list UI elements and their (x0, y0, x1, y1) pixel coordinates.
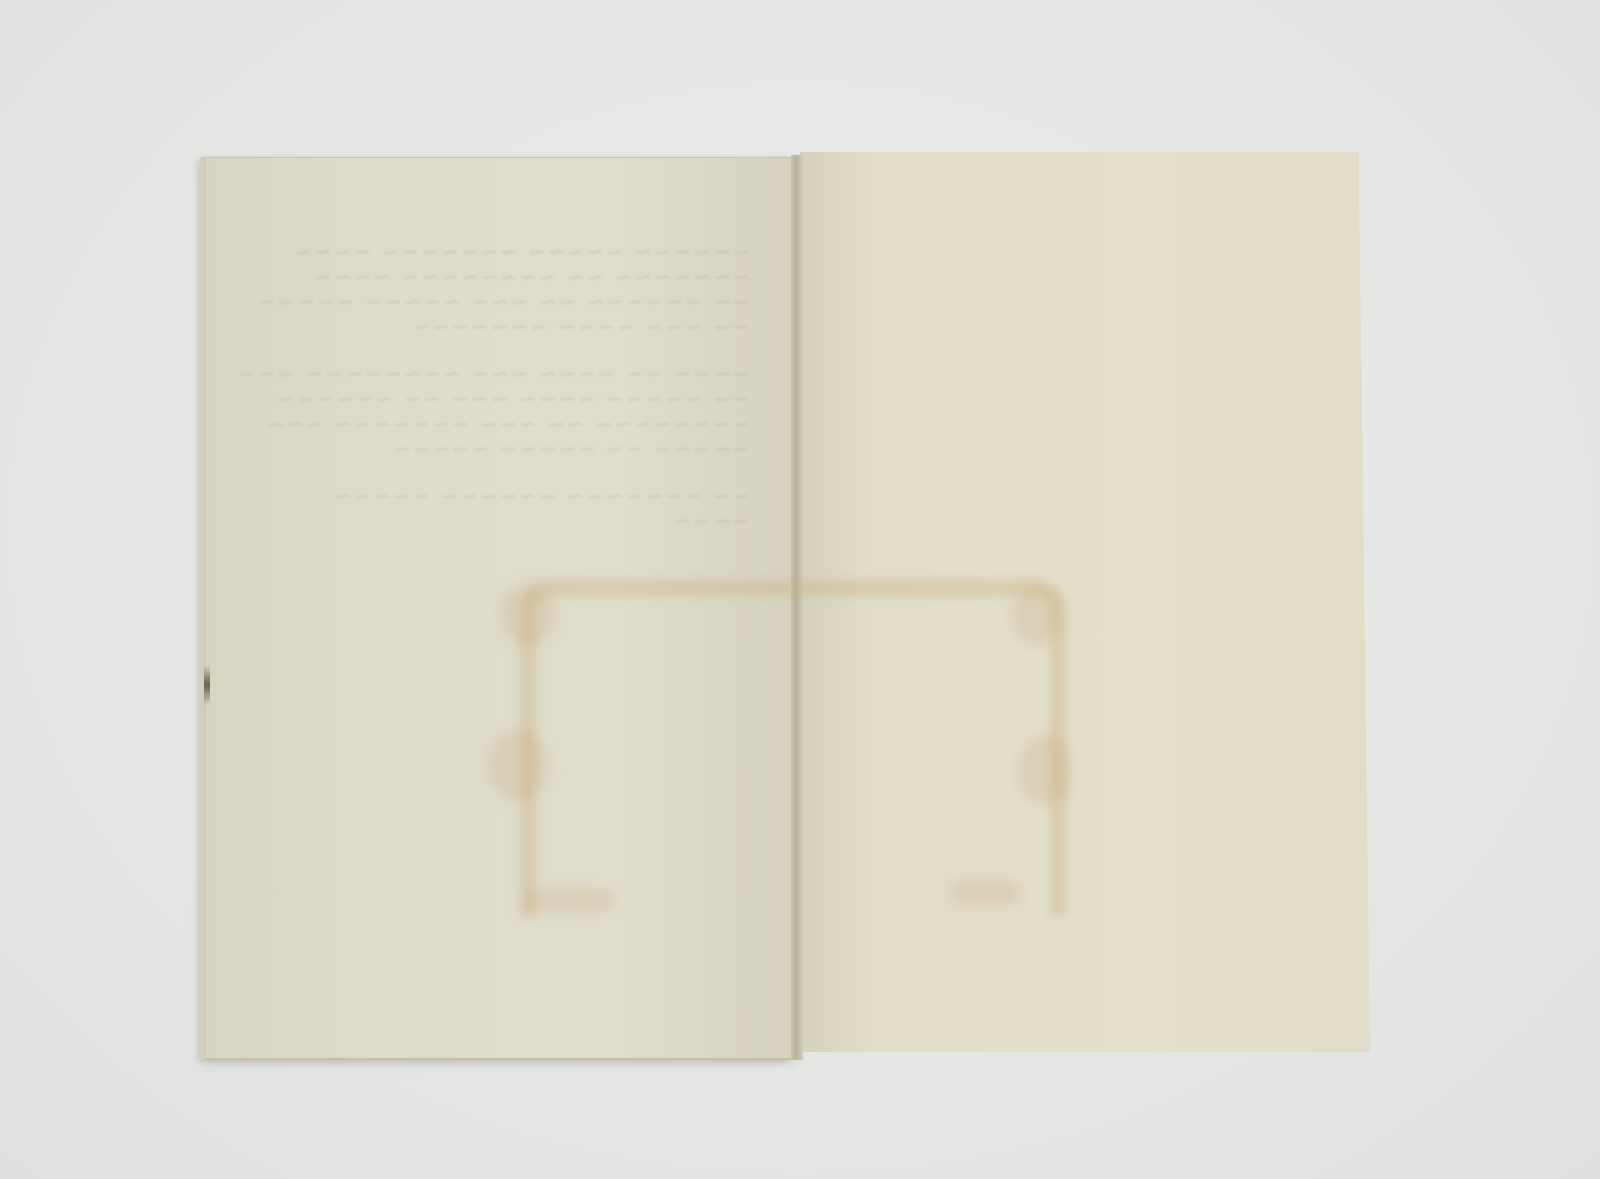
showthrough-line: ~~~~~ ~~ ~~~~~ ~~~~~ (250, 437, 750, 462)
showthrough-line: ~~~~~~~~ ~~ ~~~ ~~~~~~~ ~~~ (250, 412, 750, 437)
showthrough-line: ~~~~~~~ ~~ ~~~~~~~~ ~~~~ (250, 265, 750, 290)
stain-blob (1012, 585, 1062, 645)
left-edge-mark (204, 665, 210, 705)
showthrough-line: ~~ ~~~~~~~ ~~~~~~ ~~~~~ (250, 484, 750, 509)
showthrough-line: ~~ ~~~~~ ~~~~ ~~~ ~~ ~~~~~~ (250, 387, 750, 412)
showthrough-line: ~~~~~~ ~~~~~ ~~~~~~~ ~~~~ (250, 240, 750, 265)
showthrough-line: ~~ ~~~ ~~~~ ~~~~~~~ (250, 315, 750, 340)
showthrough-line: ~~~~ ~~ ~~~~ ~~~ ~~~~~~~~ ~~~ (250, 362, 750, 387)
showthrough-text: ~~~~~~ ~~~~~ ~~~~~~~ ~~~~ ~~~~~~~ ~~ ~~~… (250, 240, 750, 534)
stain-blob (488, 730, 548, 800)
showthrough-line: ~~ ~~~~~~ ~~ ~~~ ~~~~~ ~~~~~ (250, 290, 750, 315)
stain-blob (1018, 735, 1073, 805)
stain-blob (500, 585, 555, 645)
stain-tail (525, 890, 615, 910)
stain-outline-left (520, 580, 796, 916)
stain-tail (950, 880, 1020, 905)
showthrough-line: ~~~~ (250, 509, 750, 534)
